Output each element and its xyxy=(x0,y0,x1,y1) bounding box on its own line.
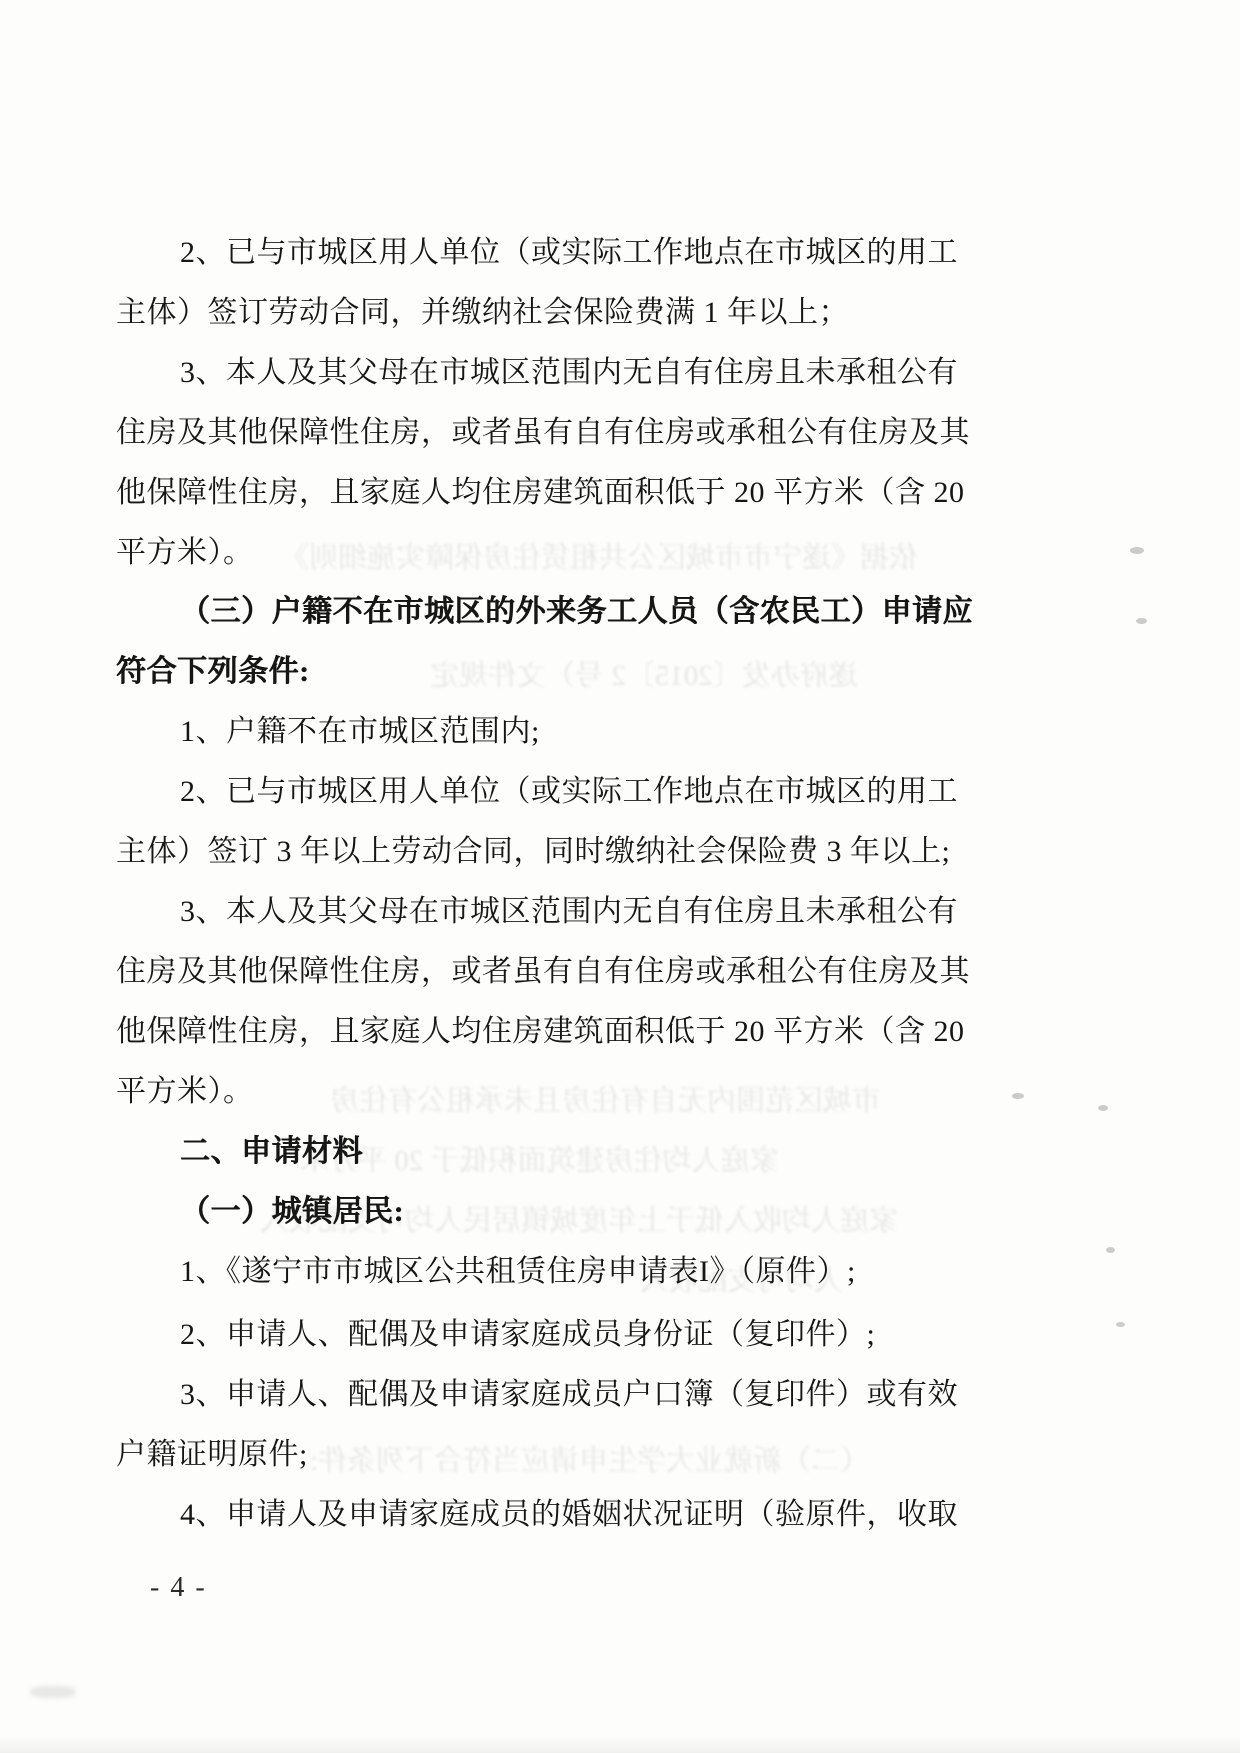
body-line: 户籍证明原件; xyxy=(116,1436,308,1474)
bleedthrough-line: 依据《遂宁市市城区公共租赁住房保障实施细则》 xyxy=(280,540,918,576)
bleedthrough-line: （二）新就业大学生申请应当符合下列条件: xyxy=(310,1443,869,1479)
scanned-document-page: 依据《遂宁市市城区公共租赁住房保障实施细则》 遂府办发〔2015〕2 号）文件规… xyxy=(0,0,1240,1753)
body-line: 主体）签订劳动合同，并缴纳社会保险费满 1 年以上； xyxy=(116,294,849,332)
scan-speck xyxy=(1130,547,1144,554)
scan-smudge xyxy=(30,1686,76,1698)
heading-line: 二、申请材料 xyxy=(180,1133,363,1171)
bleedthrough-line: 市城区范围内无自有住房且未承租公有住房 xyxy=(330,1083,881,1119)
body-line: 2、已与市城区用人单位（或实际工作地点在市城区的用工 xyxy=(180,234,958,272)
scan-speck xyxy=(1136,618,1147,624)
bleedthrough-line: 遂府办发〔2015〕2 号）文件规定 xyxy=(430,658,858,694)
body-line: 他保障性住房，且家庭人均住房建筑面积低于 20 平方米（含 20 xyxy=(116,1013,965,1051)
body-line: 3、本人及其父母在市城区范围内无自有住房且未承租公有 xyxy=(180,893,958,931)
page-number: - 4 - xyxy=(150,1572,207,1604)
body-line: 主体）签订 3 年以上劳动合同，同时缴纳社会保险费 3 年以上; xyxy=(116,833,950,871)
body-line: 住房及其他保障性住房，或者虽有自有住房或承租公有住房及其 xyxy=(116,414,970,452)
body-line: 4、申请人及申请家庭成员的婚姻状况证明（验原件，收取 xyxy=(180,1496,958,1534)
heading-line: （三）户籍不在市城区的外来务工人员（含农民工）申请应 xyxy=(180,593,973,631)
body-line: 3、申请人、配偶及申请家庭成员户口簿（复印件）或有效 xyxy=(180,1376,958,1414)
body-line: 3、本人及其父母在市城区范围内无自有住房且未承租公有 xyxy=(180,354,958,392)
body-line: 平方米）。 xyxy=(116,1073,254,1111)
body-line: 平方米）。 xyxy=(116,534,254,572)
body-line: 1、《遂宁市市城区公共租赁住房申请表I》（原件）; xyxy=(180,1253,856,1291)
body-line: 2、申请人、配偶及申请家庭成员身份证（复印件）; xyxy=(180,1316,875,1354)
heading-line: （一）城镇居民: xyxy=(180,1193,404,1231)
scan-speck xyxy=(1098,1105,1108,1111)
bleedthrough-line: 家庭人均住房建筑面积低于 20 平方米 xyxy=(300,1143,779,1179)
heading-line: 符合下列条件: xyxy=(116,653,310,691)
body-line: 1、户籍不在市城区范围内; xyxy=(180,713,540,751)
scan-speck xyxy=(1012,1093,1024,1099)
scan-speck xyxy=(1106,1247,1115,1253)
body-line: 2、已与市城区用人单位（或实际工作地点在市城区的用工 xyxy=(180,773,958,811)
body-line: 他保障性住房，且家庭人均住房建筑面积低于 20 平方米（含 20 xyxy=(116,474,965,512)
body-line: 住房及其他保障性住房，或者虽有自有住房或承租公有住房及其 xyxy=(116,953,970,991)
scan-speck xyxy=(1116,1322,1125,1327)
